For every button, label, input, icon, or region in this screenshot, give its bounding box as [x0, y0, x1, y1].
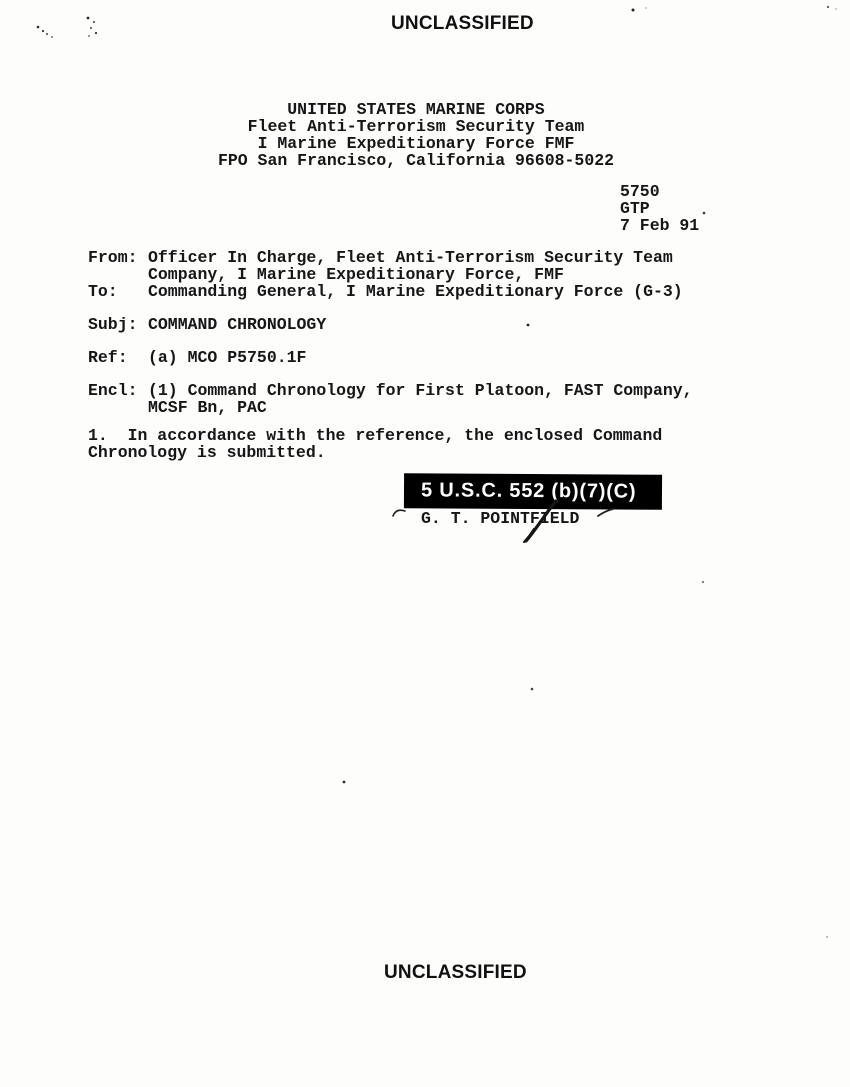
- reference-block: 5750 GTP 7 Feb 91: [620, 183, 699, 234]
- reference-value: (a) MCO P5750.1F: [148, 349, 306, 366]
- speck-bottom-right: [826, 936, 828, 938]
- letterhead-line-org: UNITED STATES MARINE CORPS: [106, 101, 726, 118]
- reference-row: Ref: (a) MCO P5750.1F: [88, 349, 306, 366]
- classification-banner-top: UNCLASSIFIED: [391, 14, 534, 33]
- subject-block: Subj: COMMAND CHRONOLOGY: [88, 316, 326, 333]
- ssic-code: 5750: [620, 183, 699, 200]
- from-label: From:: [88, 249, 148, 266]
- speck-near-subject: [527, 324, 530, 327]
- speck-center: [531, 688, 534, 691]
- letterhead: UNITED STATES MARINE CORPS Fleet Anti-Te…: [106, 101, 726, 169]
- classification-banner-bottom: UNCLASSIFIED: [384, 963, 527, 982]
- enclosure-row-continuation: MCSF Bn, PAC: [88, 399, 693, 416]
- subject-row: Subj: COMMAND CHRONOLOGY: [88, 316, 326, 333]
- body-line: Chronology is submitted.: [88, 444, 662, 461]
- subject-value: COMMAND CHRONOLOGY: [148, 316, 326, 333]
- reference-label: Ref:: [88, 349, 148, 366]
- from-value-line: Officer In Charge, Fleet Anti-Terrorism …: [148, 249, 673, 266]
- to-row: To: Commanding General, I Marine Expedit…: [88, 283, 683, 300]
- indent-spacer: [88, 399, 148, 416]
- enclosure-label: Encl:: [88, 382, 148, 399]
- from-row-continuation: Company, I Marine Expeditionary Force, F…: [88, 266, 683, 283]
- speckle-cluster-left: [37, 17, 97, 38]
- enclosure-value-line: (1) Command Chronology for First Platoon…: [148, 382, 693, 399]
- to-value-line: Commanding General, I Marine Expeditiona…: [148, 283, 683, 300]
- speck-after-date: [703, 212, 706, 215]
- from-row: From: Officer In Charge, Fleet Anti-Terr…: [88, 249, 683, 266]
- to-label: To:: [88, 283, 148, 300]
- letterhead-line-address: FPO San Francisco, California 96608-5022: [106, 152, 726, 169]
- enclosure-value-line: MCSF Bn, PAC: [148, 399, 267, 416]
- date: 7 Feb 91: [620, 217, 699, 234]
- redaction-exemption-label: 5 U.S.C. 552 (b)(7)(C): [404, 482, 637, 500]
- pen-mark-right: [598, 509, 613, 516]
- body-paragraph: 1. In accordance with the reference, the…: [88, 427, 662, 461]
- originator-code: GTP: [620, 200, 699, 217]
- reference-row-block: Ref: (a) MCO P5750.1F: [88, 349, 306, 366]
- speckle-cluster-right: [632, 6, 837, 12]
- speck-left-center: [343, 781, 346, 784]
- indent-spacer: [88, 266, 148, 283]
- document-page: UNCLASSIFIED UNITED STATES MARINE CORPS …: [0, 0, 850, 1087]
- pen-mark-left: [393, 510, 405, 516]
- subject-label: Subj:: [88, 316, 148, 333]
- enclosure-block: Encl: (1) Command Chronology for First P…: [88, 382, 693, 416]
- body-line: 1. In accordance with the reference, the…: [88, 427, 662, 444]
- letterhead-line-unit: Fleet Anti-Terrorism Security Team: [106, 118, 726, 135]
- signature-name: G. T. POINTFIELD: [421, 510, 579, 527]
- enclosure-row: Encl: (1) Command Chronology for First P…: [88, 382, 693, 399]
- speck-mid-right: [702, 581, 704, 583]
- letterhead-line-force: I Marine Expeditionary Force FMF: [106, 135, 726, 152]
- from-value-line: Company, I Marine Expeditionary Force, F…: [148, 266, 564, 283]
- from-to-block: From: Officer In Charge, Fleet Anti-Terr…: [88, 249, 683, 300]
- redaction-bar: 5 U.S.C. 552 (b)(7)(C): [404, 473, 662, 510]
